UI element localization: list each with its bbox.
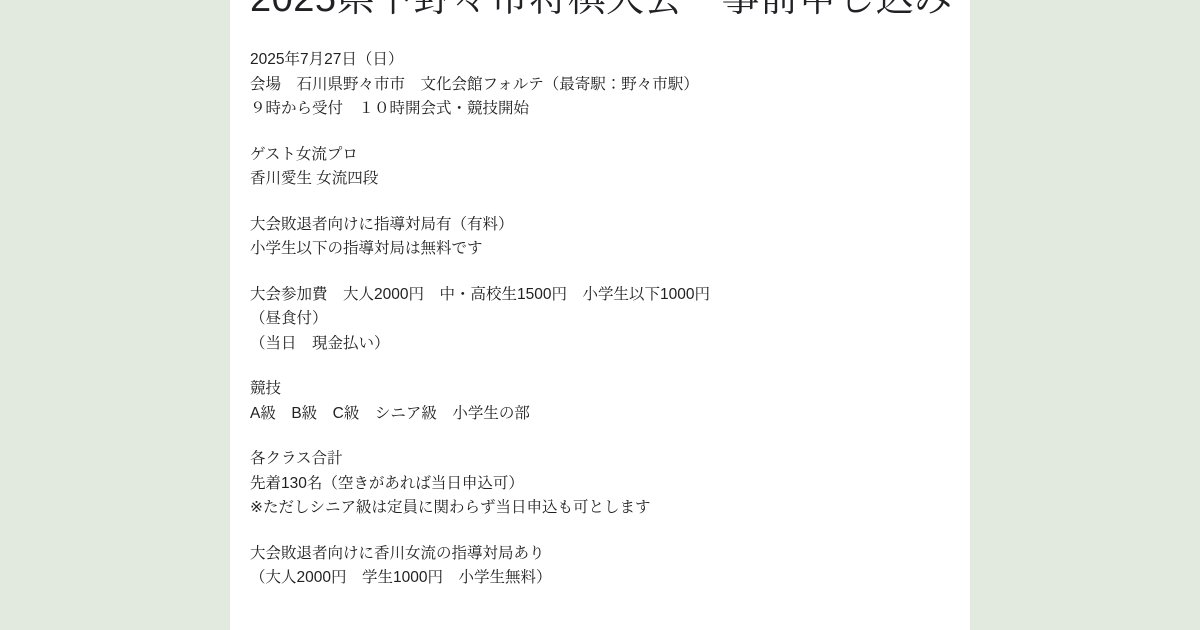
entry-fee-line: 大会参加費 大人2000円 中・高校生1500円 小学生以下1000円 bbox=[250, 283, 950, 308]
paragraph-entry-fee: 大会参加費 大人2000円 中・高校生1500円 小学生以下1000円 （昼食付… bbox=[250, 283, 950, 357]
capacity-limit-line: 先着130名（空きがあれば当日申込可） bbox=[250, 472, 950, 497]
lunch-included-line: （昼食付） bbox=[250, 307, 950, 332]
cash-payment-line: （当日 現金払い） bbox=[250, 332, 950, 357]
venue-line: 会場 石川県野々市市 文化会館フォルテ（最寄駅：野々市駅） bbox=[250, 73, 950, 98]
guest-name-line: 香川愛生 女流四段 bbox=[250, 167, 950, 192]
paragraph-guest: ゲスト女流プロ 香川愛生 女流四段 bbox=[250, 143, 950, 192]
page-title: 2025県下野々市将棋大会 事前申し込み bbox=[250, 0, 950, 22]
capacity-note-line: ※ただしシニア級は定員に関わらず当日申込も可とします bbox=[250, 496, 950, 521]
teaching-games-line: 大会敗退者向けに指導対局有（有料） bbox=[250, 213, 950, 238]
paragraph-divisions: 競技 A級 B級 C級 シニア級 小学生の部 bbox=[250, 377, 950, 426]
schedule-line: ９時から受付 １０時開会式・競技開始 bbox=[250, 97, 950, 122]
teaching-games-free-line: 小学生以下の指導対局は無料です bbox=[250, 237, 950, 262]
guest-heading-line: ゲスト女流プロ bbox=[250, 143, 950, 168]
capacity-heading-line: 各クラス合計 bbox=[250, 447, 950, 472]
paragraph-teaching-games: 大会敗退者向けに指導対局有（有料） 小学生以下の指導対局は無料です bbox=[250, 213, 950, 262]
guest-teaching-fee-line: （大人2000円 学生1000円 小学生無料） bbox=[250, 566, 950, 591]
paragraph-date-venue: 2025年7月27日（日） 会場 石川県野々市市 文化会館フォルテ（最寄駅：野々… bbox=[250, 48, 950, 122]
paragraph-guest-teaching-fee: 大会敗退者向けに香川女流の指導対局あり （大人2000円 学生1000円 小学生… bbox=[250, 542, 950, 591]
divisions-list-line: A級 B級 C級 シニア級 小学生の部 bbox=[250, 402, 950, 427]
paragraph-capacity: 各クラス合計 先着130名（空きがあれば当日申込可） ※ただしシニア級は定員に関… bbox=[250, 447, 950, 521]
divisions-heading-line: 競技 bbox=[250, 377, 950, 402]
event-description: 2025年7月27日（日） 会場 石川県野々市市 文化会館フォルテ（最寄駅：野々… bbox=[250, 48, 950, 591]
page-background: 2025県下野々市将棋大会 事前申し込み 2025年7月27日（日） 会場 石川… bbox=[0, 0, 1200, 630]
guest-teaching-line: 大会敗退者向けに香川女流の指導対局あり bbox=[250, 542, 950, 567]
date-line: 2025年7月27日（日） bbox=[250, 48, 950, 73]
content-card: 2025県下野々市将棋大会 事前申し込み 2025年7月27日（日） 会場 石川… bbox=[230, 0, 970, 630]
